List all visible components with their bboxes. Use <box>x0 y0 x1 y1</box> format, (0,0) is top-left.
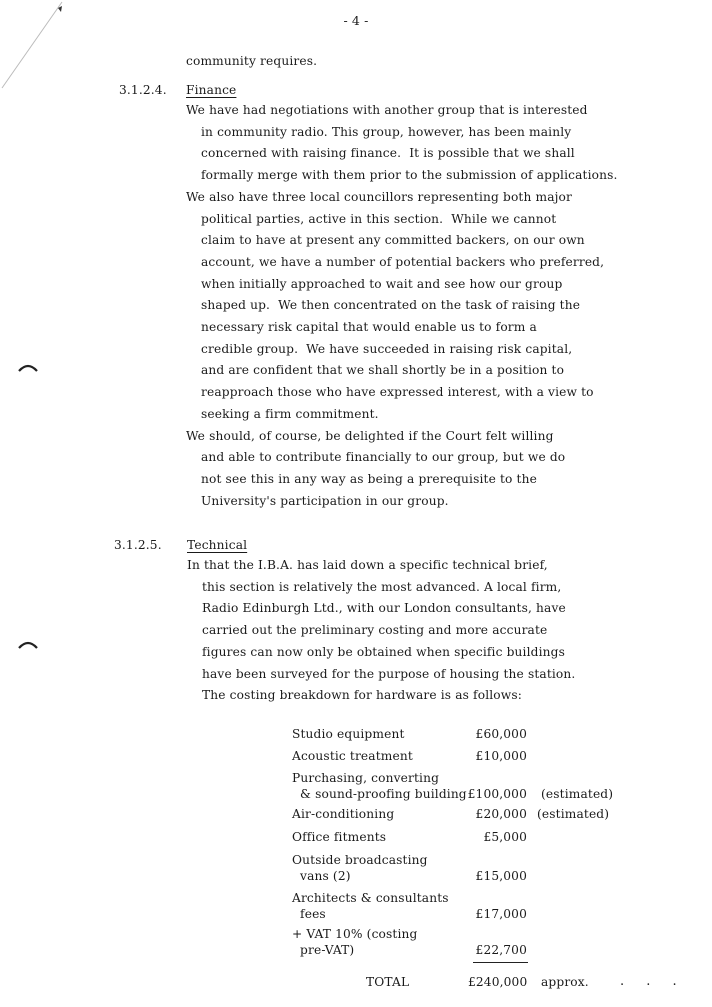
cost-item-label: Acoustic treatment <box>292 748 413 764</box>
cost-item-note: (estimated) <box>541 786 613 802</box>
body-line: in community radio. This group, however,… <box>201 124 571 140</box>
cost-item-amount: £10,000 <box>476 748 527 764</box>
continuation-mark: . . . <box>620 974 686 989</box>
body-line: have been surveyed for the purpose of ho… <box>202 666 575 682</box>
body-line: and able to contribute financially to ou… <box>201 449 565 465</box>
body-line: We should, of course, be delighted if th… <box>186 428 554 444</box>
cost-item-label: Outside broadcasting <box>292 852 428 868</box>
cost-item-amount: £100,000 <box>468 786 527 802</box>
body-line: account, we have a number of potential b… <box>201 254 604 270</box>
body-line: not see this in any way as being a prere… <box>201 471 537 487</box>
section-number: 3.1.2.4. <box>119 82 167 98</box>
punch-hole-mark <box>16 360 40 374</box>
body-line: Radio Edinburgh Ltd., with our London co… <box>202 600 566 616</box>
punch-hole-mark <box>16 637 40 651</box>
cost-item-label: Studio equipment <box>292 726 405 742</box>
cost-item-amount: £60,000 <box>476 726 527 742</box>
body-line: We also have three local councillors rep… <box>186 189 572 205</box>
body-line: seeking a firm commitment. <box>201 406 379 422</box>
body-line: formally merge with them prior to the su… <box>201 167 618 183</box>
cost-item-label: Architects & consultants <box>292 890 449 906</box>
body-line: and are confident that we shall shortly … <box>201 362 564 378</box>
cost-item-amount: £17,000 <box>476 906 527 922</box>
body-line: claim to have at present any committed b… <box>201 232 585 248</box>
total-amount: £240,000 <box>468 974 527 990</box>
section-title-finance: Finance <box>186 82 236 98</box>
body-line: We have had negotiations with another gr… <box>186 102 588 118</box>
cost-item-label: fees <box>292 906 326 922</box>
cost-item-amount: £15,000 <box>476 868 527 884</box>
cost-item-label: Office fitments <box>292 829 386 845</box>
cost-item-note: (estimated) <box>537 806 609 822</box>
cost-item-label: & sound-proofing building <box>292 786 467 802</box>
body-line: credible group. We have succeeded in rai… <box>201 341 572 357</box>
cost-item-amount: £20,000 <box>476 806 527 822</box>
cost-item-amount: £22,700 <box>476 942 527 958</box>
body-line: shaped up. We then concentrated on the t… <box>201 297 580 313</box>
body-line: when initially approached to wait and se… <box>201 276 562 292</box>
cost-item-label: Purchasing, converting <box>292 770 439 786</box>
section-title-technical: Technical <box>187 537 247 553</box>
cost-item-label: + VAT 10% (costing <box>292 926 417 942</box>
document-page: - 4 - community requires. 3.1.2.4. Finan… <box>0 0 712 1007</box>
body-line: University's participation in our group. <box>201 493 449 509</box>
page-number: - 4 - <box>0 13 712 28</box>
cost-item-amount: £5,000 <box>483 829 527 845</box>
cost-item-label: pre-VAT) <box>292 942 354 958</box>
body-line: reapproach those who have expressed inte… <box>201 384 594 400</box>
continuation-text: community requires. <box>186 53 317 69</box>
body-line: figures can now only be obtained when sp… <box>202 644 565 660</box>
body-line: In that the I.B.A. has laid down a speci… <box>187 557 548 573</box>
body-line: necessary risk capital that would enable… <box>201 319 537 335</box>
total-rule <box>473 962 528 963</box>
body-line: political parties, active in this sectio… <box>201 211 556 227</box>
body-line: this section is relatively the most adva… <box>202 579 561 595</box>
body-line: carried out the preliminary costing and … <box>202 622 547 638</box>
cost-item-label: vans (2) <box>292 868 351 884</box>
section-number: 3.1.2.5. <box>114 537 162 553</box>
cost-item-label: Air-conditioning <box>292 806 394 822</box>
total-note: approx. <box>541 974 589 990</box>
total-label: TOTAL <box>366 974 409 990</box>
body-line: The costing breakdown for hardware is as… <box>202 687 522 703</box>
body-line: concerned with raising finance. It is po… <box>201 145 575 161</box>
